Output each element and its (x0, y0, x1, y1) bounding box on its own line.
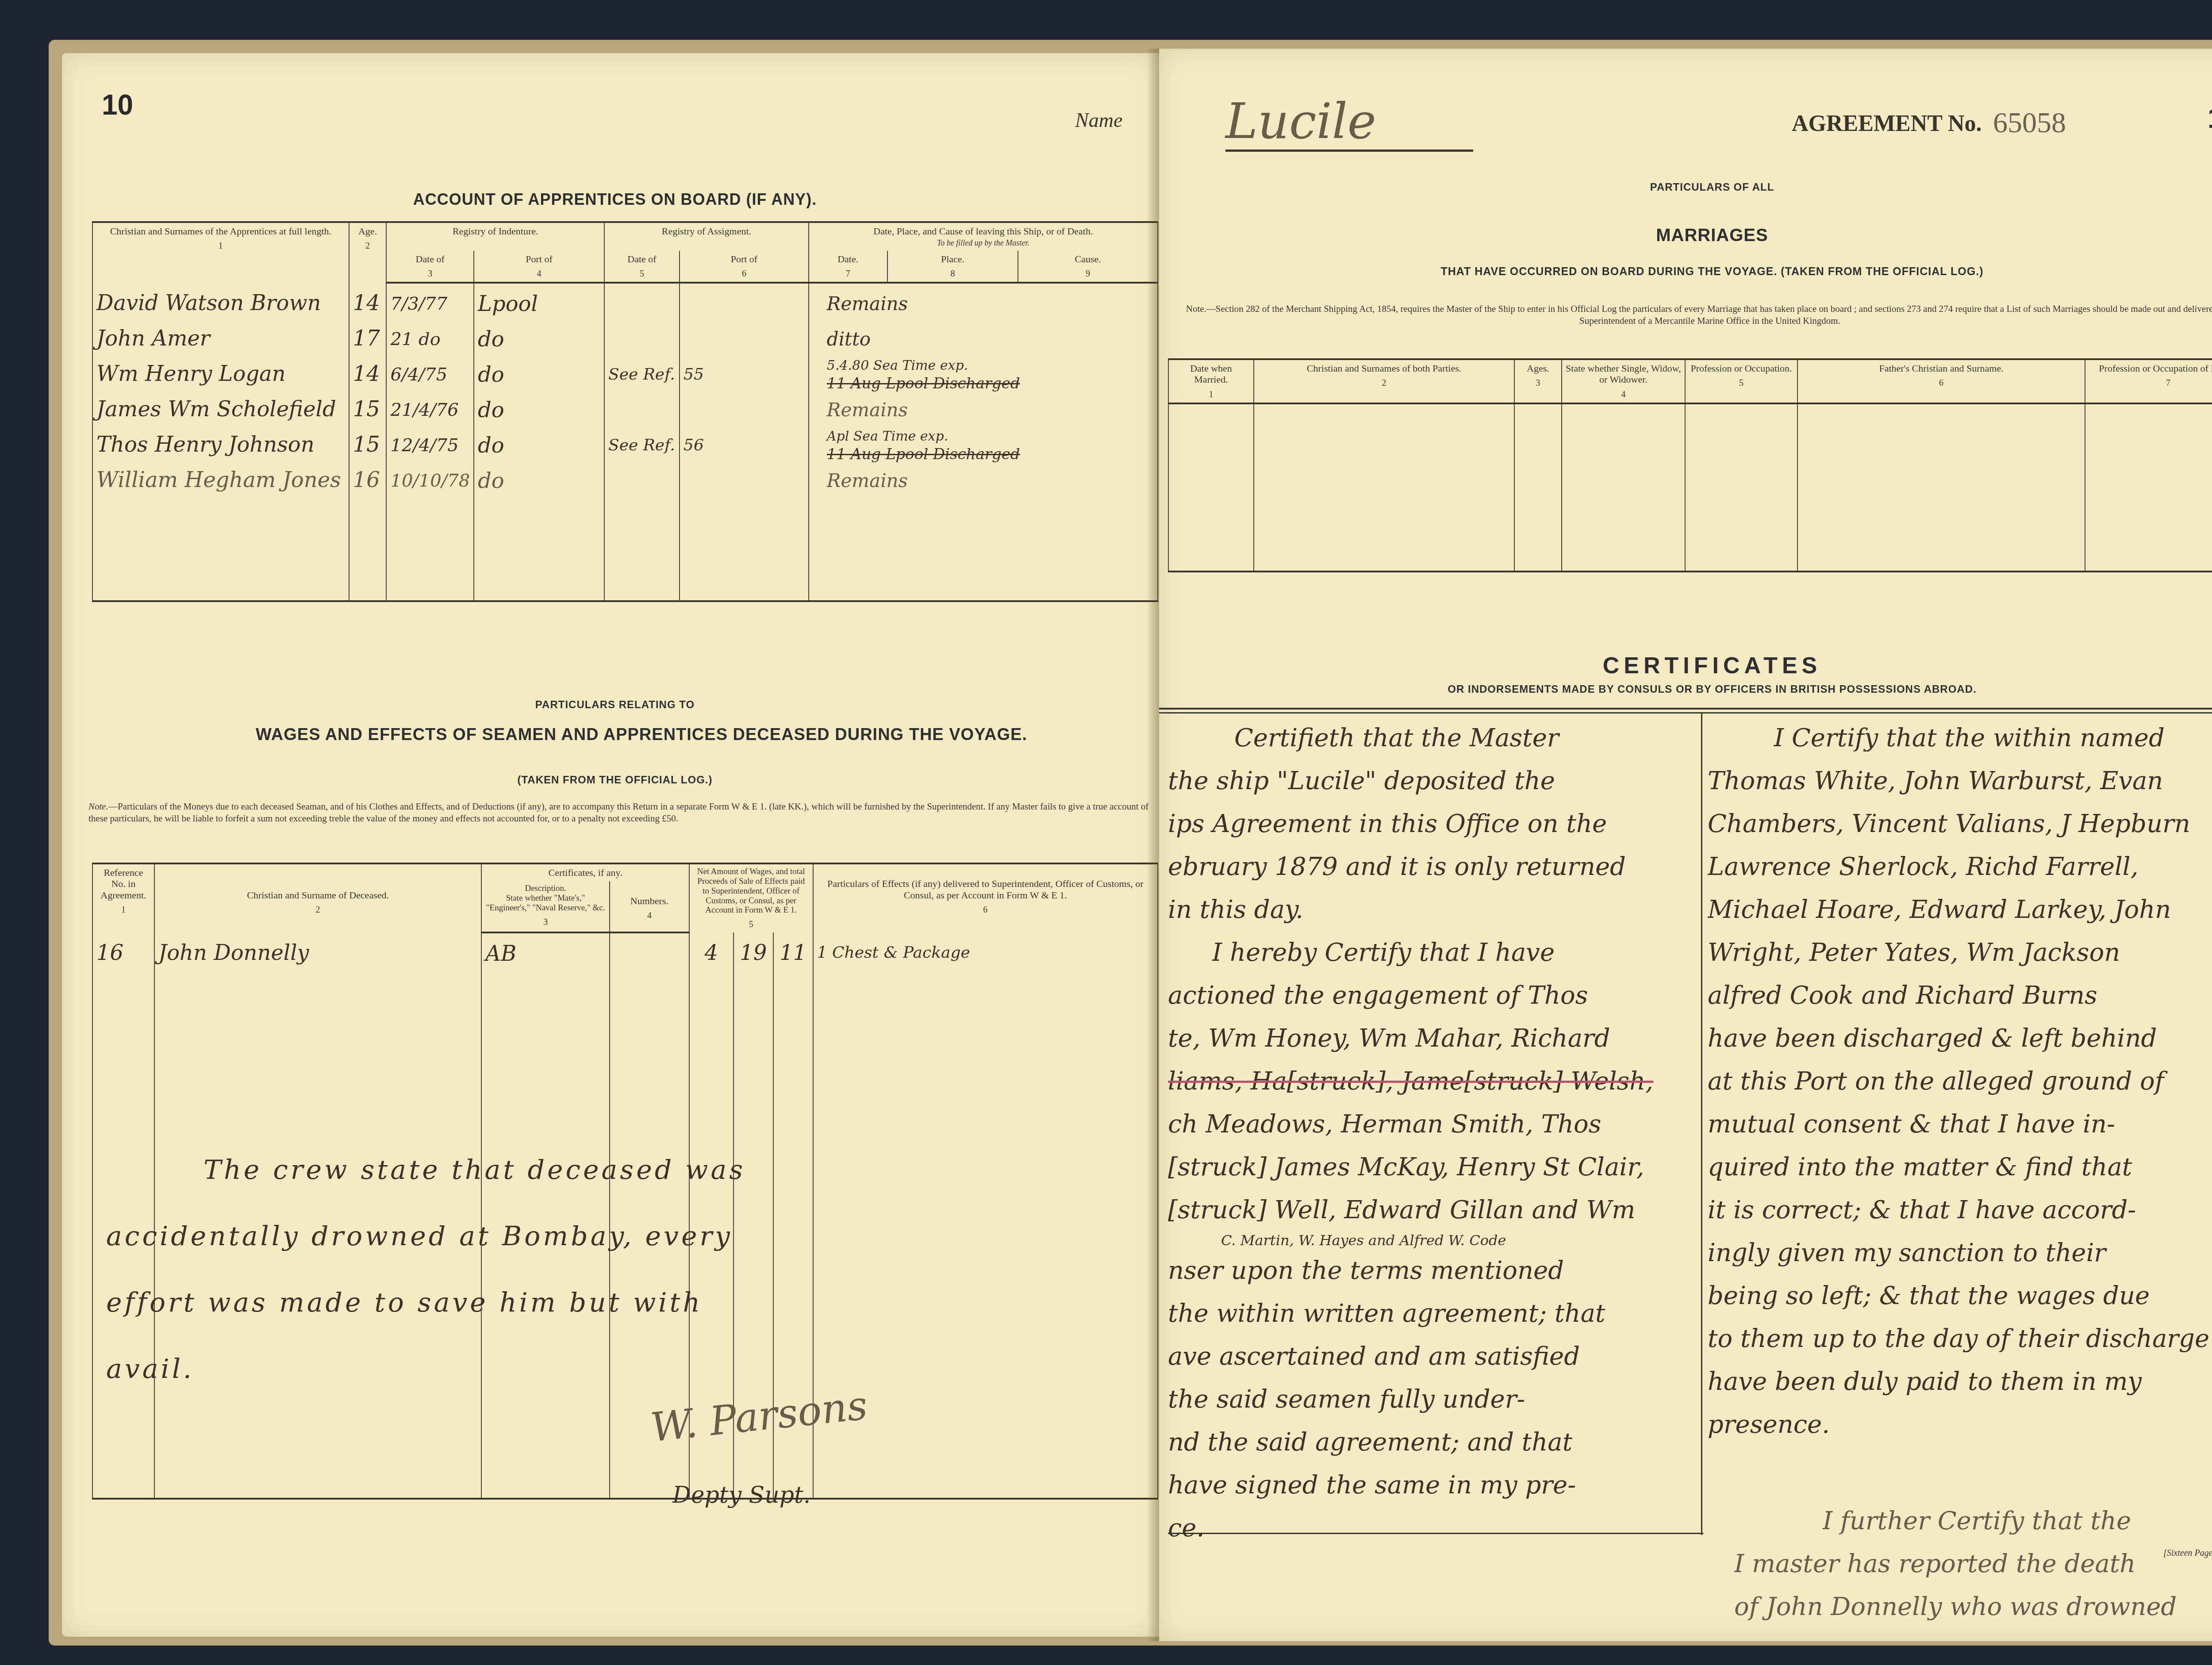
header-assignment-date: Date of5 (604, 251, 680, 283)
deceased-subtitle: (TAKEN FROM THE OFFICIAL LOG.) (460, 774, 770, 786)
ship-name: Lucile (1225, 93, 1473, 152)
deceased-title: WAGES AND EFFECTS OF SEAMEN AND APPRENTI… (177, 725, 1106, 744)
header-indenture-port: Port of4 (474, 251, 604, 283)
apprentice-rows: David Watson Brown John Amer Wm Henry Lo… (92, 283, 1158, 601)
header-marital-state: State whether Single, Widow, or Widower.… (1562, 359, 1685, 403)
certificate-further-note: I further Certify that the I master has … (1734, 1500, 2212, 1628)
left-page: 10 ACCOUNT OF APPRENTICES ON BOARD (IF A… (62, 53, 1159, 1637)
certificates-rule (1159, 708, 2212, 714)
signature-title: Depty Supt. (672, 1482, 810, 1508)
header-ages: Ages.3 (1514, 359, 1562, 403)
deceased-statement: The crew state that deceased was acciden… (106, 1137, 1124, 1402)
certificates-title: CERTIFICATES (1513, 652, 1911, 679)
marriages-table: Date when Married.1 Christian and Surnam… (1168, 358, 2212, 572)
page-number-right: 11 (2208, 102, 2212, 134)
header-numbers: Numbers.4 (610, 881, 689, 932)
marriages-title: MARRIAGES (1557, 226, 1867, 246)
header-date-married: Date when Married.1 (1168, 359, 1254, 403)
assignment-ports: 55 56 (680, 283, 809, 601)
header-apprentice-name: Christian and Surnames of the Apprentice… (92, 222, 349, 283)
deceased-pretitle: PARTICULARS RELATING TO (460, 699, 770, 711)
assignment-dates: See Ref. See Ref. (604, 283, 680, 601)
sixteen-pages-mark: [Sixteen Pages.] (2163, 1548, 2212, 1558)
apprentice-names: David Watson Brown John Amer Wm Henry Lo… (92, 283, 349, 601)
header-age: Age.2 (349, 222, 387, 283)
header-leave-cause: Cause.9 (1018, 251, 1158, 283)
indenture-dates: 7/3/77 21 do 6/4/75 21/4/76 12/4/75 10/1… (386, 283, 474, 601)
agreement-label: AGREEMENT No. (1792, 111, 1982, 137)
apprentices-table: Christian and Surnames of the Apprentice… (92, 221, 1158, 602)
certificate-left-column: Certifieth that the Master the ship "Luc… (1168, 717, 1699, 1550)
header-profession: Profession or Occupation.5 (1685, 359, 1797, 403)
header-reference: Reference No. in Agreement.1 (92, 863, 154, 932)
header-registry-assignment: Registry of Assigment. (604, 222, 809, 251)
ship-name-label: Name (1075, 108, 1122, 132)
header-leave-date: Date.7 (809, 251, 887, 283)
agreement-number: 65058 (1993, 106, 2066, 140)
header-father-name: Father's Christian and Surname.6 (1797, 359, 2085, 403)
header-leaving: Date, Place, and Cause of leaving this S… (809, 222, 1158, 251)
leaving-details: Remains ditto 5.4.80 Sea Time exp. 11 Au… (809, 283, 1158, 601)
header-parties: Christian and Surnames of both Parties.2 (1254, 359, 1514, 403)
certificates-subtitle: OR INDORSEMENTS MADE BY CONSULS OR BY OF… (1314, 683, 2110, 696)
marriages-empty-row (1168, 403, 2212, 572)
marriages-subtitle: THAT HAVE OCCURRED ON BOARD DURING THE V… (1314, 265, 2110, 278)
marriages-pretitle: PARTICULARS OF ALL (1557, 181, 1867, 194)
header-leave-place: Place.8 (887, 251, 1018, 283)
header-effects: Particulars of Effects (if any) delivere… (813, 863, 1158, 932)
right-page: Name Lucile AGREEMENT No. 65058 11 PARTI… (1159, 49, 2212, 1641)
header-deceased-name: Christian and Surname of Deceased.2 (154, 863, 481, 932)
header-registry-indenture: Registry of Indenture. (386, 222, 604, 251)
apprentice-ages: 14 17 14 15 15 16 (349, 283, 387, 601)
certificate-right-column: I Certify that the within named Thomas W… (1708, 717, 2212, 1446)
header-certificates: Certificates, if any. (481, 863, 689, 881)
header-description: Description.State whether "Mate's," "Eng… (481, 881, 610, 932)
deceased-note: Note.—Particulars of the Moneys due to e… (88, 801, 1150, 825)
indenture-ports: Lpool do do do do do (474, 283, 604, 601)
apprentices-title: ACCOUNT OF APPRENTICES ON BOARD (IF ANY)… (327, 190, 902, 209)
header-indenture-date: Date of3 (386, 251, 474, 283)
header-father-profession: Profession or Occupation of Father.7 (2085, 359, 2212, 403)
page-number-left: 10 (102, 88, 133, 121)
header-assignment-port: Port of6 (680, 251, 809, 283)
marriages-note: Note.—Section 282 of the Merchant Shippi… (1168, 303, 2212, 327)
certificates-column-divider (1701, 712, 1702, 1535)
header-net-amount: Net Amount of Wages, and total Proceeds … (689, 863, 813, 932)
